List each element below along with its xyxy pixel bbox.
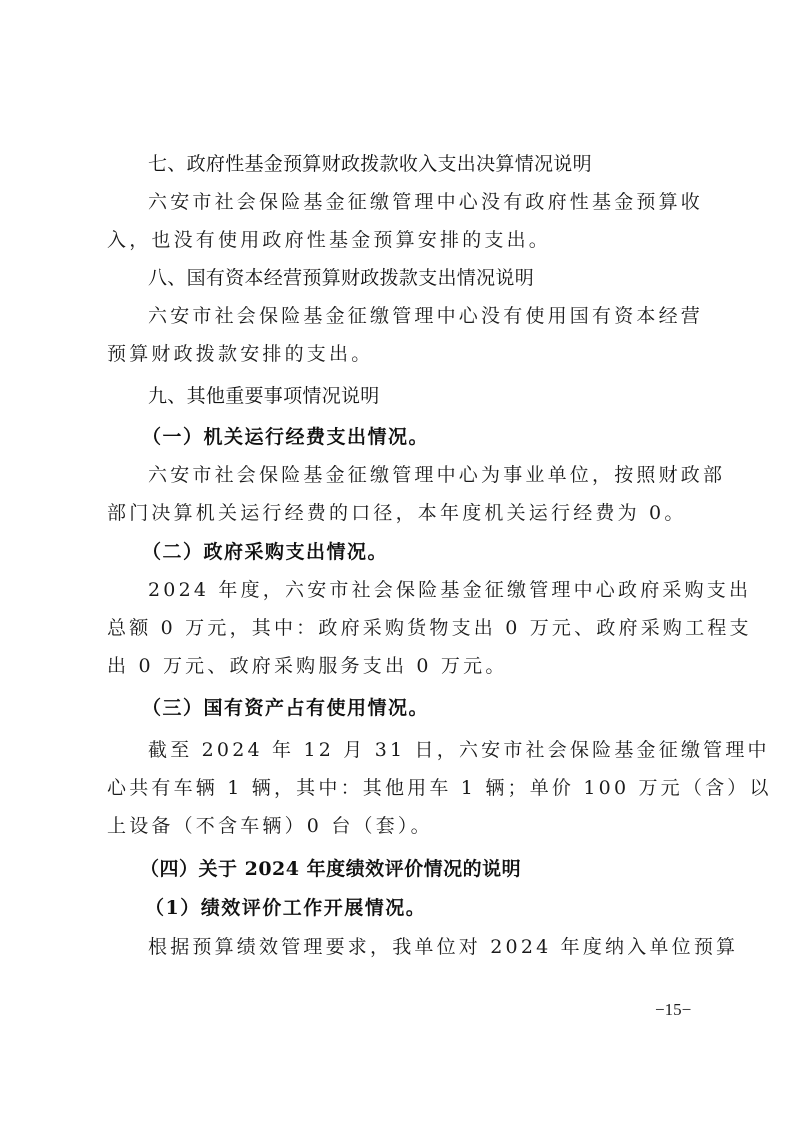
section-8-body-line: 六安市社会保险基金征缴管理中心没有使用国有资本经营	[148, 303, 730, 329]
section-8-heading: 八、国有资本经营预算财政拨款支出情况说明	[148, 265, 730, 291]
subsection-1-body-line: 部门决算机关运行经费的口径，本年度机关运行经费为 0。	[107, 500, 689, 526]
document-page: 七、政府性基金预算财政拨款收入支出决算情况说明 六安市社会保险基金征缴管理中心没…	[0, 0, 793, 1122]
subsection-1-heading: （一）机关运行经费支出情况。	[142, 424, 724, 450]
section-7-body-line: 六安市社会保险基金征缴管理中心没有政府性基金预算收	[148, 189, 730, 215]
subsection-1-body-line: 六安市社会保险基金征缴管理中心为事业单位，按照财政部	[148, 462, 730, 488]
subsection-3-body-line: 截至 2024 年 12 月 31 日，六安市社会保险基金征缴管理中	[148, 737, 730, 763]
section-9-heading: 九、其他重要事项情况说明	[148, 383, 730, 409]
page-number: −15−	[655, 1000, 691, 1020]
item-1-body-line: 根据预算绩效管理要求，我单位对 2024 年度纳入单位预算	[148, 934, 730, 960]
subsection-2-body-line: 总额 0 万元，其中：政府采购货物支出 0 万元、政府采购工程支	[107, 615, 689, 641]
section-7-body-line: 入，也没有使用政府性基金预算安排的支出。	[107, 227, 689, 253]
subsection-2-body-line: 2024 年度，六安市社会保险基金征缴管理中心政府采购支出	[148, 577, 730, 603]
section-8-body-line: 预算财政拨款安排的支出。	[107, 341, 689, 367]
subsection-4-heading: （四）关于 2024 年度绩效评价情况的说明	[140, 856, 722, 882]
item-1-heading: （1）绩效评价工作开展情况。	[145, 895, 727, 921]
subsection-2-body-line: 出 0 万元、政府采购服务支出 0 万元。	[107, 653, 689, 679]
subsection-2-heading: （二）政府采购支出情况。	[142, 539, 724, 565]
subsection-3-body-line: 上设备（不含车辆）0 台（套）。	[107, 813, 689, 839]
subsection-3-heading: （三）国有资产占有使用情况。	[142, 695, 724, 721]
section-7-heading: 七、政府性基金预算财政拨款收入支出决算情况说明	[148, 151, 730, 177]
subsection-3-body-line: 心共有车辆 1 辆，其中：其他用车 1 辆；单价 100 万元（含）以	[107, 775, 689, 801]
